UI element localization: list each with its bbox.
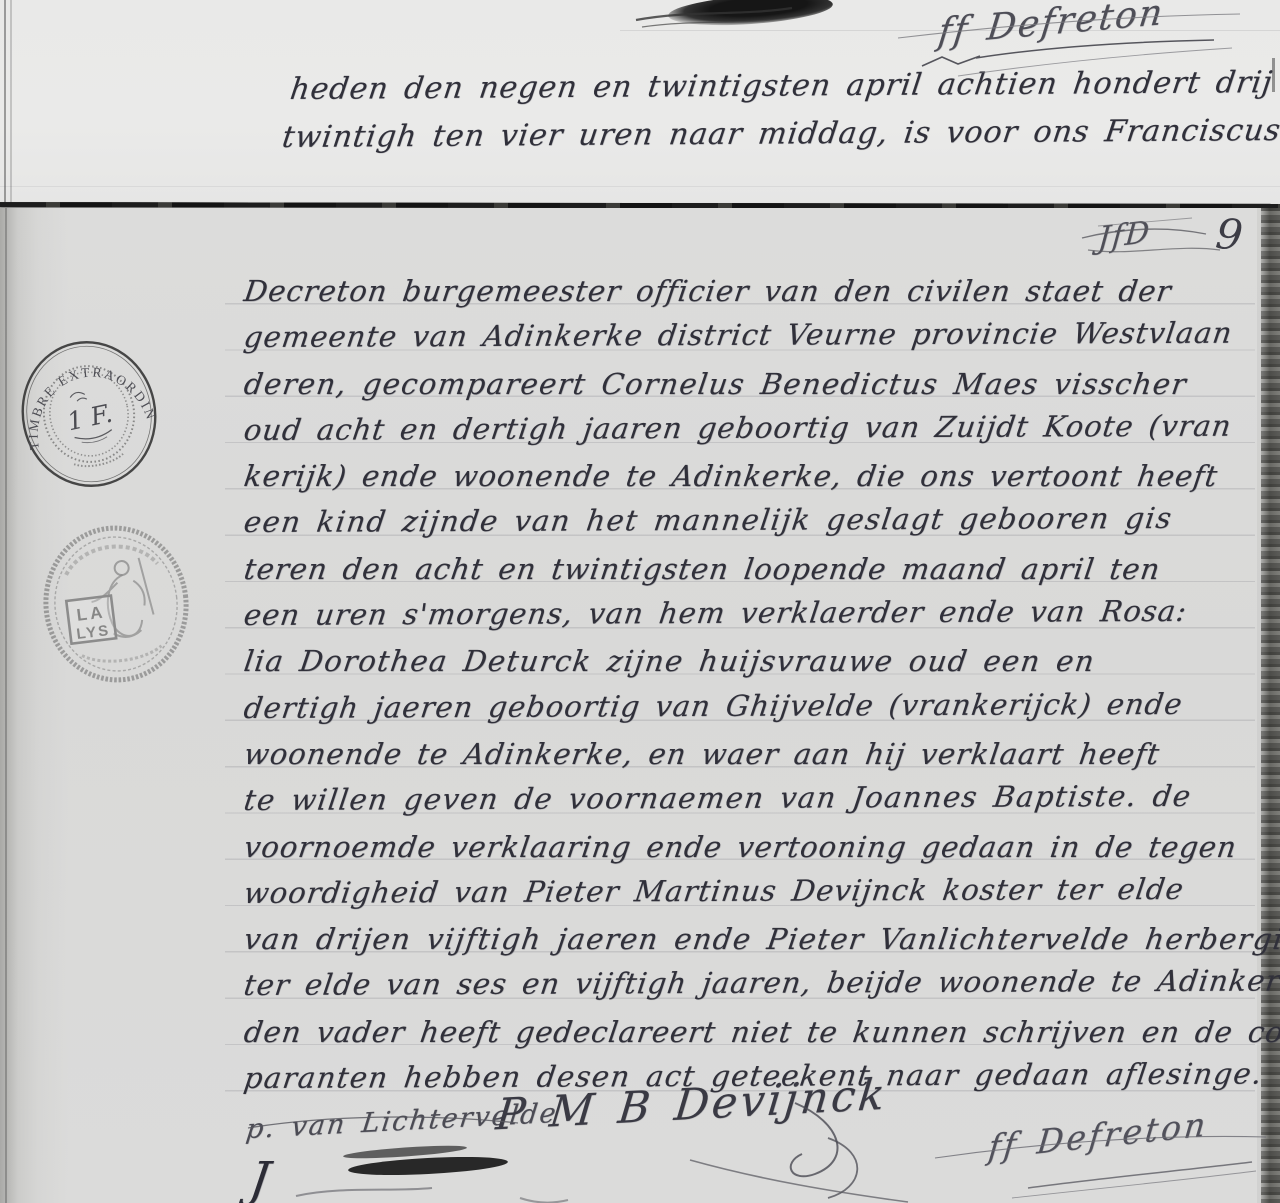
body-line: van drijen vijftigh jaeren ende Pieter V… xyxy=(241,916,1270,962)
prev-page-text-line: twintigh ten vier uren naar middag, is v… xyxy=(280,113,1280,155)
binding-edge-line xyxy=(10,0,12,204)
ruled-line xyxy=(0,186,1280,187)
body-line: gemeente van Adinkerke district Veurne p… xyxy=(241,310,1270,361)
prev-page-text-line: heden den negen en twintigsten april ach… xyxy=(288,65,1280,107)
stamp-la-lys: LA LYS xyxy=(31,514,202,693)
record-body: Decreton burgemeester officier van den c… xyxy=(241,268,1263,1101)
ink-smear xyxy=(348,1154,509,1178)
stamp-plaque-line1: LA xyxy=(76,602,107,624)
binding-edge-line xyxy=(4,0,6,204)
ink-blot xyxy=(667,0,834,30)
body-line: woonende te Adinkerke, en waer aan hij v… xyxy=(241,731,1270,777)
body-line: voornoemde verklaaring ende vertooning g… xyxy=(241,824,1270,870)
officer-signature-top: ff Defreton xyxy=(936,0,1167,53)
folio-initials: JfD xyxy=(1097,214,1153,256)
body-line: den vader heeft gedeclareert niet te kun… xyxy=(241,1009,1270,1055)
body-line: te willen geven de voornaemen van Joanne… xyxy=(241,773,1270,824)
body-line: woordigheid van Pieter Martinus Devijnck… xyxy=(241,865,1270,916)
stamp-timbre-extraordinaire: TIMBRE EXTRAORDINAIRE. 1 F. xyxy=(4,325,174,503)
body-line: dertigh jaeren geboortig van Ghijvelde (… xyxy=(241,680,1270,731)
ink-smear xyxy=(343,1143,467,1161)
body-line: oud acht en dertigh jaaren geboortig van… xyxy=(241,402,1270,453)
body-line: teren den acht en twintigsten loopende m… xyxy=(241,546,1270,592)
stamp-value-text: 1 F. xyxy=(65,399,115,437)
body-line: een uren s'morgens, van hem verklaerder … xyxy=(241,588,1270,639)
body-line: lia Dorothea Deturck zijne huijsvrauwe o… xyxy=(241,638,1270,684)
body-line: kerijk) ende woonende te Adinkerke, die … xyxy=(241,453,1270,499)
previous-page-strip: ff Defreton heden den negen en twintigst… xyxy=(0,0,1280,204)
scanned-record-page: ff Defreton heden den negen en twintigst… xyxy=(0,0,1280,1203)
main-page: JfD 9 TIMBRE EXTRAORDINAIRE. 1 F. xyxy=(0,208,1280,1203)
next-act-fragment: J xyxy=(246,1152,274,1203)
body-line: een kind zijnde van het mannelijk geslag… xyxy=(241,495,1270,546)
folio-number: 9 xyxy=(1214,209,1246,261)
body-line: ter elde van ses en vijftigh jaaren, bei… xyxy=(241,958,1270,1009)
body-line: deren, gecompareert Cornelus Benedictus … xyxy=(241,361,1270,407)
body-line: Decreton burgemeester officier van den c… xyxy=(241,268,1270,314)
